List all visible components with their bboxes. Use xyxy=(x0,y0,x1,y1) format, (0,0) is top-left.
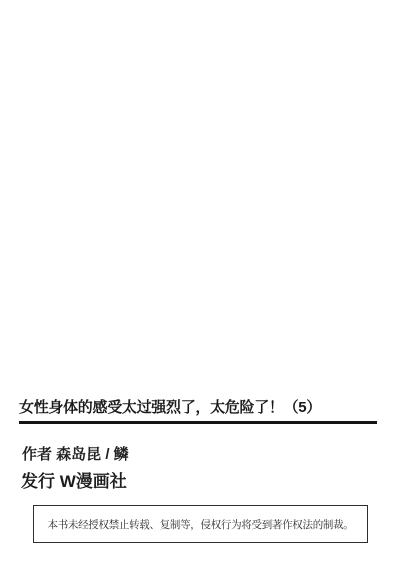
publisher-credit: 发行 W漫画社 xyxy=(21,467,127,492)
title-divider-rule xyxy=(19,421,377,424)
author-credit: 作者 森岛昆 / 鳞 xyxy=(22,443,129,464)
copyright-notice-box: 本书未经授权禁止转载、复制等，侵权行为将受到著作权法的制裁。 xyxy=(33,505,368,543)
copyright-notice-text: 本书未经授权禁止转载、复制等，侵权行为将受到著作权法的制裁。 xyxy=(48,517,354,532)
colophon-page: 女性身体的感受太过强烈了，太危险了！（5） 作者 森岛昆 / 鳞 发行 W漫画社… xyxy=(0,0,400,564)
book-title: 女性身体的感受太过强烈了，太危险了！（5） xyxy=(19,396,321,417)
